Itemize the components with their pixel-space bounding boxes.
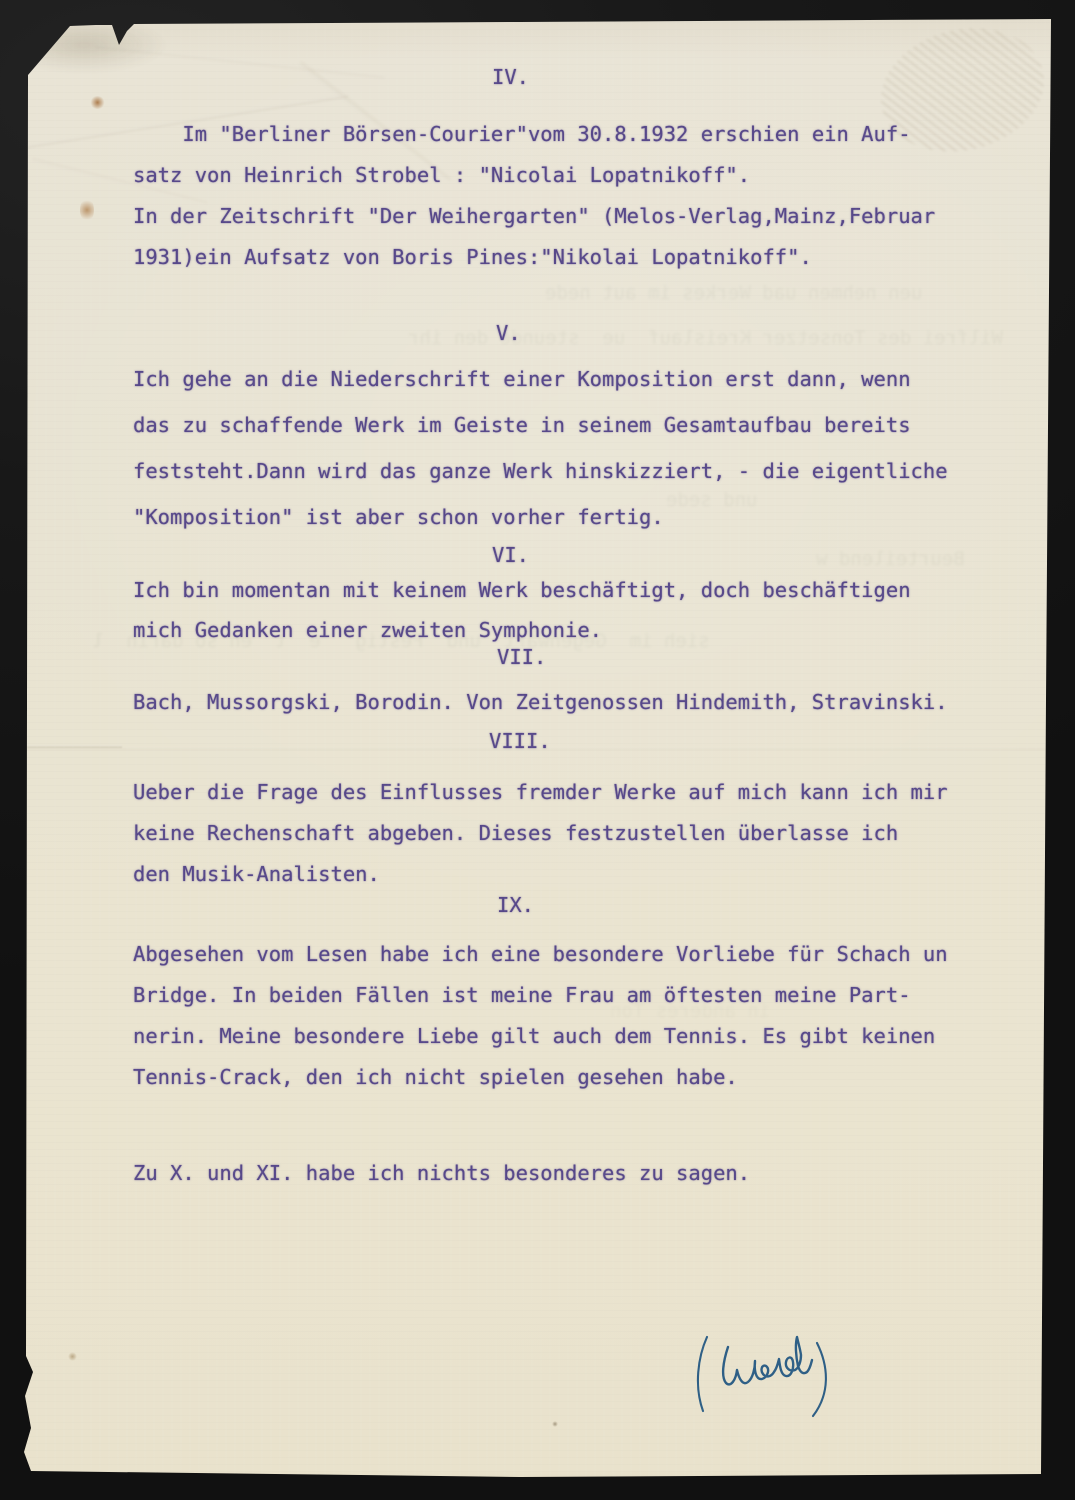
section-body-vi: Ich bin momentan mit keinem Werk beschäf… (133, 571, 1063, 650)
crease (96, 45, 385, 78)
stain (552, 1421, 558, 1427)
crease (299, 62, 451, 182)
section-heading-vi: VI. (492, 541, 529, 569)
stain (68, 1352, 77, 1361)
section-heading-v: V. (496, 319, 521, 347)
corner-crumple-shadow (30, 24, 210, 94)
paper-sheet: uen nehmen uad Werkes im aut nede Wilfre… (0, 0, 1075, 1500)
crease (32, 158, 207, 204)
section-body-ix: Abgesehen vom Lesen habe ich eine besond… (133, 934, 1063, 1098)
stain (90, 96, 105, 109)
section-body-v: Ich gehe an die Niederschrift einer Komp… (133, 356, 1063, 540)
fold-line (25, 747, 1045, 750)
section-heading-vii: VII. (497, 643, 546, 671)
bleed-through-line: sieh im Gegenwart und Festig e t en so d… (92, 630, 710, 652)
section-body-vii: Bach, Mussorgski, Borodin. Von Zeitgenos… (133, 682, 1063, 723)
bleed-through-line: in anderes Ton (610, 1000, 770, 1022)
fold-line (27, 745, 122, 748)
section-body-viii: Ueber die Frage des Einflusses fremder W… (133, 772, 1063, 895)
closing-line: Zu X. und XI. habe ich nichts besonderes… (133, 1153, 1063, 1194)
section-heading-ix: IX. (497, 891, 534, 919)
crease (22, 94, 348, 149)
bleed-through-line: Beurteilend w (816, 548, 965, 570)
section-body-iv: Im "Berliner Börsen-Courier"vom 30.8.193… (133, 114, 1063, 278)
bleed-through-line: und sede (666, 489, 758, 511)
scuff-mark (868, 12, 1057, 168)
stain (80, 198, 94, 222)
section-heading-viii: VIII. (489, 727, 551, 755)
section-heading-iv: IV. (492, 63, 529, 91)
bleed-through-line: Wilfrei des Tonsetzer Kreislauf ue steun… (408, 327, 1003, 349)
bleed-through-line: uen nehmen uad Werkes im aut nede (545, 282, 923, 304)
handwritten-wenden-note (688, 1322, 838, 1427)
